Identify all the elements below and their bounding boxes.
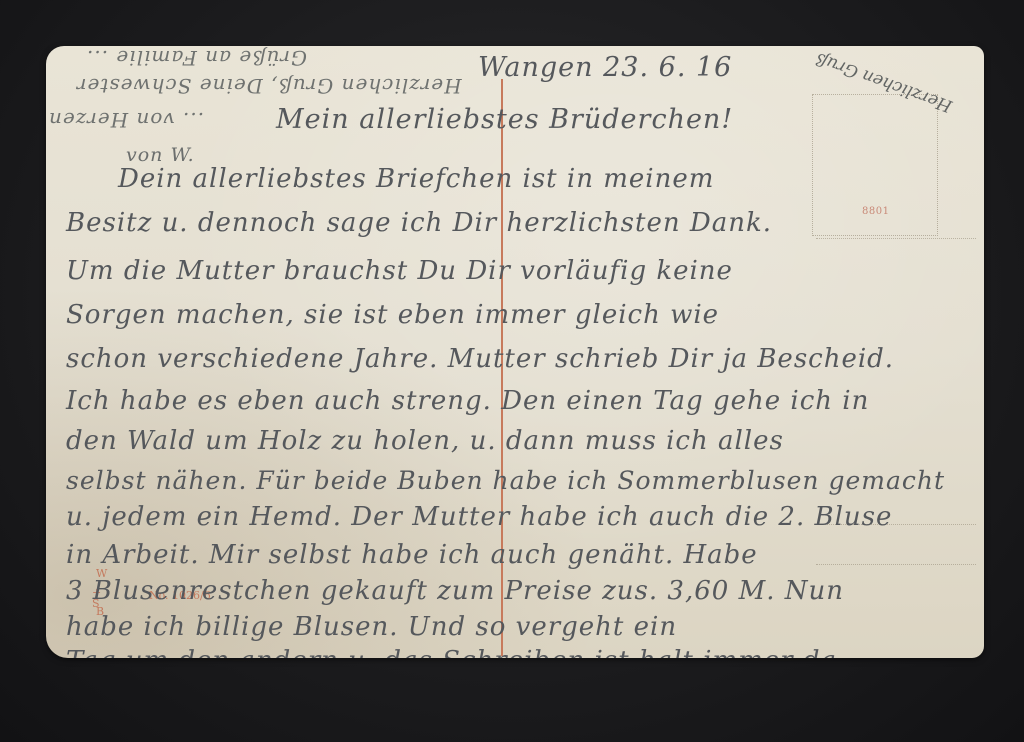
- stamp-code: 8801: [862, 206, 889, 217]
- body-line: habe ich billige Blusen. Und so vergeht …: [66, 612, 677, 642]
- upside-down-note: Grüße an Familie ...: [86, 46, 307, 70]
- body-line: Tag um den andern u. das Schreiben ist h…: [66, 646, 846, 658]
- body-line: Besitz u. dennoch sage ich Dir herzlichs…: [66, 208, 772, 238]
- place-date: Wangen 23. 6. 16: [478, 52, 732, 83]
- body-line: schon verschiedene Jahre. Mutter schrieb…: [66, 344, 894, 374]
- body-line: selbst nähen. Für beide Buben habe ich S…: [66, 466, 945, 495]
- upside-down-note: Herzlichen Gruß, Deine Schwester: [76, 74, 462, 98]
- salutation: Mein allerliebstes Brüderchen!: [276, 104, 733, 135]
- upside-down-note: ... von Herzen: [48, 108, 204, 132]
- body-line: Dein allerliebstes Briefchen ist in mein…: [118, 164, 714, 194]
- body-line: Um die Mutter brauchst Du Dir vorläufig …: [66, 256, 733, 286]
- body-line: u. jedem ein Hemd. Der Mutter habe ich a…: [66, 502, 892, 532]
- address-line: [816, 564, 976, 565]
- body-line: Ich habe es eben auch streng. Den einen …: [66, 386, 869, 416]
- address-line: [816, 238, 976, 239]
- body-line: den Wald um Holz zu holen, u. dann muss …: [66, 426, 784, 456]
- postcard: 8801 W + S B No. 1026/6 Grüße an Familie…: [46, 46, 984, 658]
- body-line: von W.: [126, 144, 195, 166]
- body-line: Sorgen machen, sie ist eben immer gleich…: [66, 300, 719, 330]
- body-line: 3 Blusenrestchen gekauft zum Preise zus.…: [66, 576, 844, 606]
- body-line: in Arbeit. Mir selbst habe ich auch genä…: [66, 540, 758, 570]
